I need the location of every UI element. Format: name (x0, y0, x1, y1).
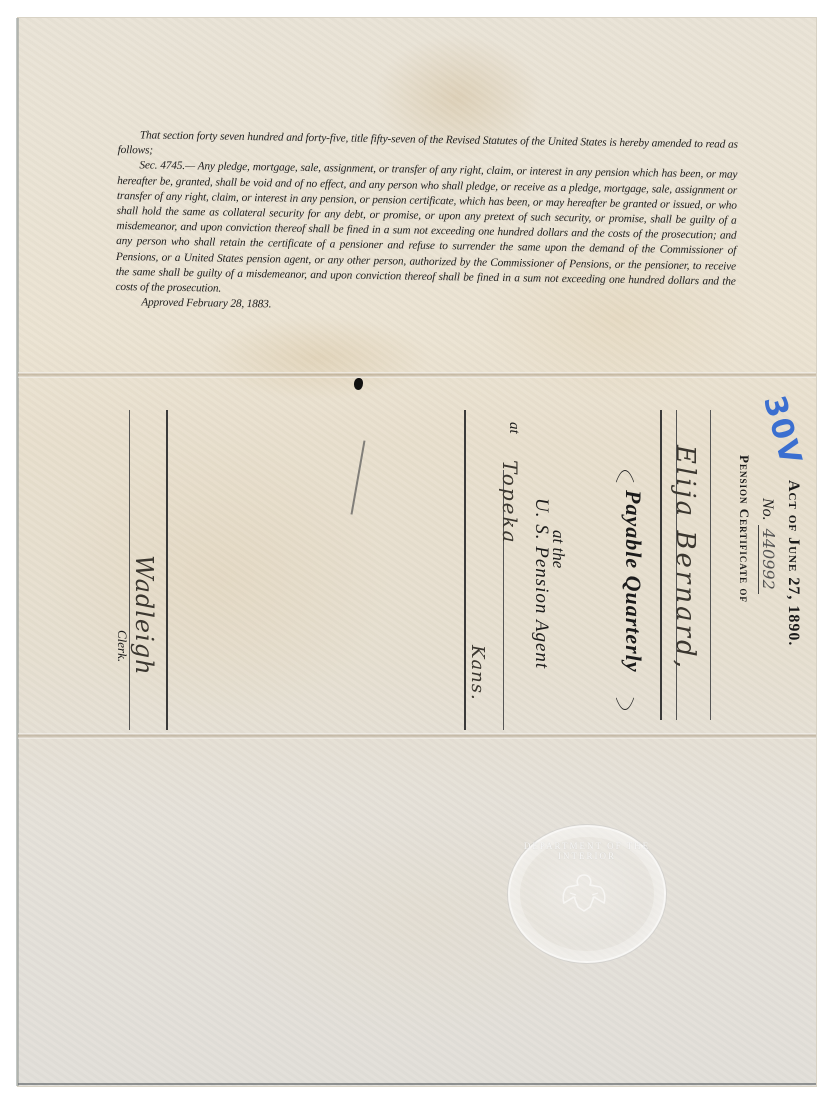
payable-quarterly: Payable Quarterly (620, 490, 646, 673)
at-label: at (505, 422, 522, 434)
number-label: No. (759, 498, 776, 521)
rule-line (166, 410, 168, 730)
embossed-seal: DEPARTMENT OF THE INTERIOR (508, 825, 666, 963)
agency-state: Kans. (467, 645, 488, 701)
clerk-title: Clerk. (114, 630, 130, 662)
certificate-number: No. 440992 (758, 498, 778, 594)
agency-city: Topeka (498, 460, 522, 545)
rule-line (660, 410, 662, 720)
rule-line (710, 410, 711, 720)
rule-line (464, 410, 466, 730)
number-value: 440992 (758, 525, 778, 594)
pensioner-name: Elija Bernard, (670, 445, 700, 671)
statute-paragraph-section-4745: Sec. 4745.— Any pledge, mortgage, sale, … (115, 158, 737, 305)
sheet-bottom-edge (18, 1083, 816, 1085)
pension-certificate-title: Pension Certificate of (736, 455, 752, 603)
certificate-panel: 30V Act of June 27, 1890. No. 440992 Pen… (90, 380, 810, 730)
fold-line-lower (18, 733, 816, 739)
seal-text: DEPARTMENT OF THE INTERIOR (510, 841, 664, 861)
act-title: Act of June 27, 1890. (784, 480, 802, 646)
statute-text-panel: That section forty seven hundred and for… (115, 128, 738, 320)
pension-agent: U. S. Pension Agent (530, 498, 552, 669)
clerk-signature: Wadleigh (130, 555, 158, 676)
eagle-icon (554, 867, 614, 917)
sheet-left-edge (16, 18, 19, 1086)
fold-line-upper (18, 372, 816, 378)
pencil-mark: 30V (756, 392, 808, 470)
